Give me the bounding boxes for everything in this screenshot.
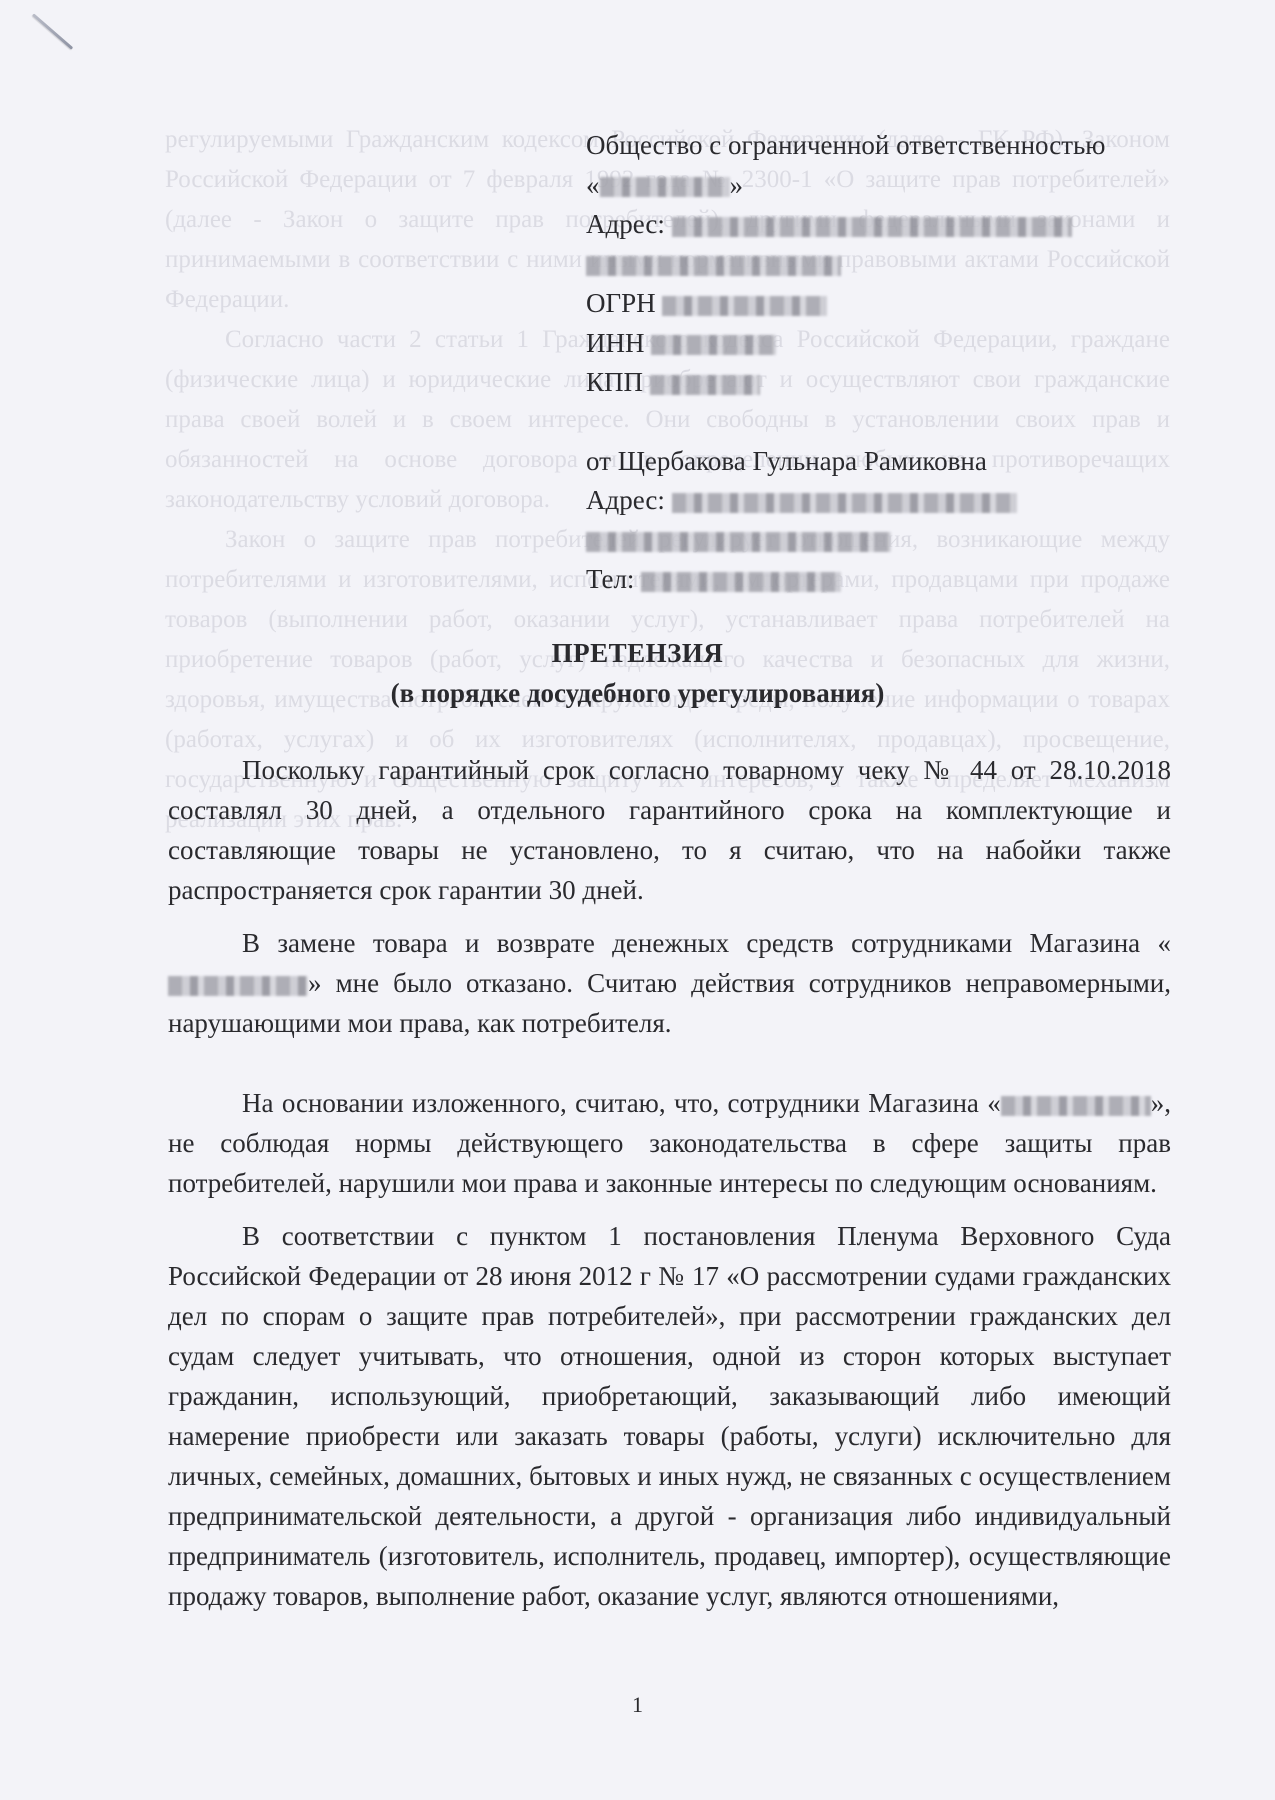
- staple-mark: [32, 13, 73, 49]
- redacted-phone: [641, 572, 841, 592]
- scanned-document-page: регулируемыми Гражданским кодексом Росси…: [0, 0, 1275, 1800]
- paragraph-grounds: На основании изложенного, считаю, что, с…: [168, 1083, 1171, 1203]
- redacted-store-name: [168, 976, 308, 996]
- document-title: ПРЕТЕНЗИЯ: [0, 638, 1275, 669]
- redacted-ogrn: [662, 296, 827, 316]
- recipient-ogrn: ОГРН: [586, 284, 1172, 324]
- inn-label: ИНН: [586, 328, 645, 358]
- redacted-store-name: [1001, 1096, 1151, 1116]
- sender-phone: Тел:: [586, 560, 1172, 600]
- redacted-address-cont: [586, 256, 841, 276]
- quote-open: «: [586, 170, 600, 200]
- quote-close: »: [730, 170, 744, 200]
- page-number: 1: [0, 1692, 1275, 1718]
- redacted-org-name: [600, 177, 730, 197]
- redacted-address-cont: [586, 532, 891, 552]
- phone-label: Тел:: [586, 564, 634, 594]
- recipient-address-cont: [586, 245, 1172, 285]
- paragraph-warranty: Поскольку гарантийный срок согласно това…: [168, 750, 1171, 910]
- recipient-org-name: «»: [586, 166, 1172, 206]
- redacted-address: [672, 217, 1072, 237]
- sender-name: от Щербакова Гульнара Рамиковна: [586, 442, 1172, 482]
- paragraph-text: В замене товара и возврате денежных сред…: [242, 928, 1140, 958]
- redacted-address: [672, 493, 1017, 513]
- kpp-label: КПП: [586, 367, 643, 397]
- recipient-kpp: КПП: [586, 363, 1172, 403]
- sender-address: Адрес:: [586, 481, 1172, 521]
- redacted-inn: [651, 335, 776, 355]
- paragraph-text: мне было отказано. Считаю действия сотру…: [168, 968, 1171, 1038]
- recipient-org-form: Общество с ограниченной ответственностью: [586, 126, 1172, 166]
- addressee-block: Общество с ограниченной ответственностью…: [586, 126, 1172, 600]
- paragraph-plenum: В соответствии с пунктом 1 постановления…: [168, 1216, 1171, 1616]
- recipient-inn: ИНН: [586, 324, 1172, 364]
- document-body: Поскольку гарантийный срок согласно това…: [168, 750, 1171, 1629]
- sender-address-cont: [586, 521, 1172, 561]
- paragraph-text: На основании изложенного, считаю, что, с…: [242, 1088, 979, 1118]
- document-subtitle: (в порядке досудебного урегулирования): [0, 678, 1275, 709]
- recipient-address: Адрес:: [586, 205, 1172, 245]
- ogrn-label: ОГРН: [586, 288, 656, 318]
- address-label: Адрес:: [586, 209, 665, 239]
- address-label: Адрес:: [586, 485, 665, 515]
- paragraph-refusal: В замене товара и возврате денежных сред…: [168, 923, 1171, 1043]
- redacted-kpp: [650, 375, 760, 395]
